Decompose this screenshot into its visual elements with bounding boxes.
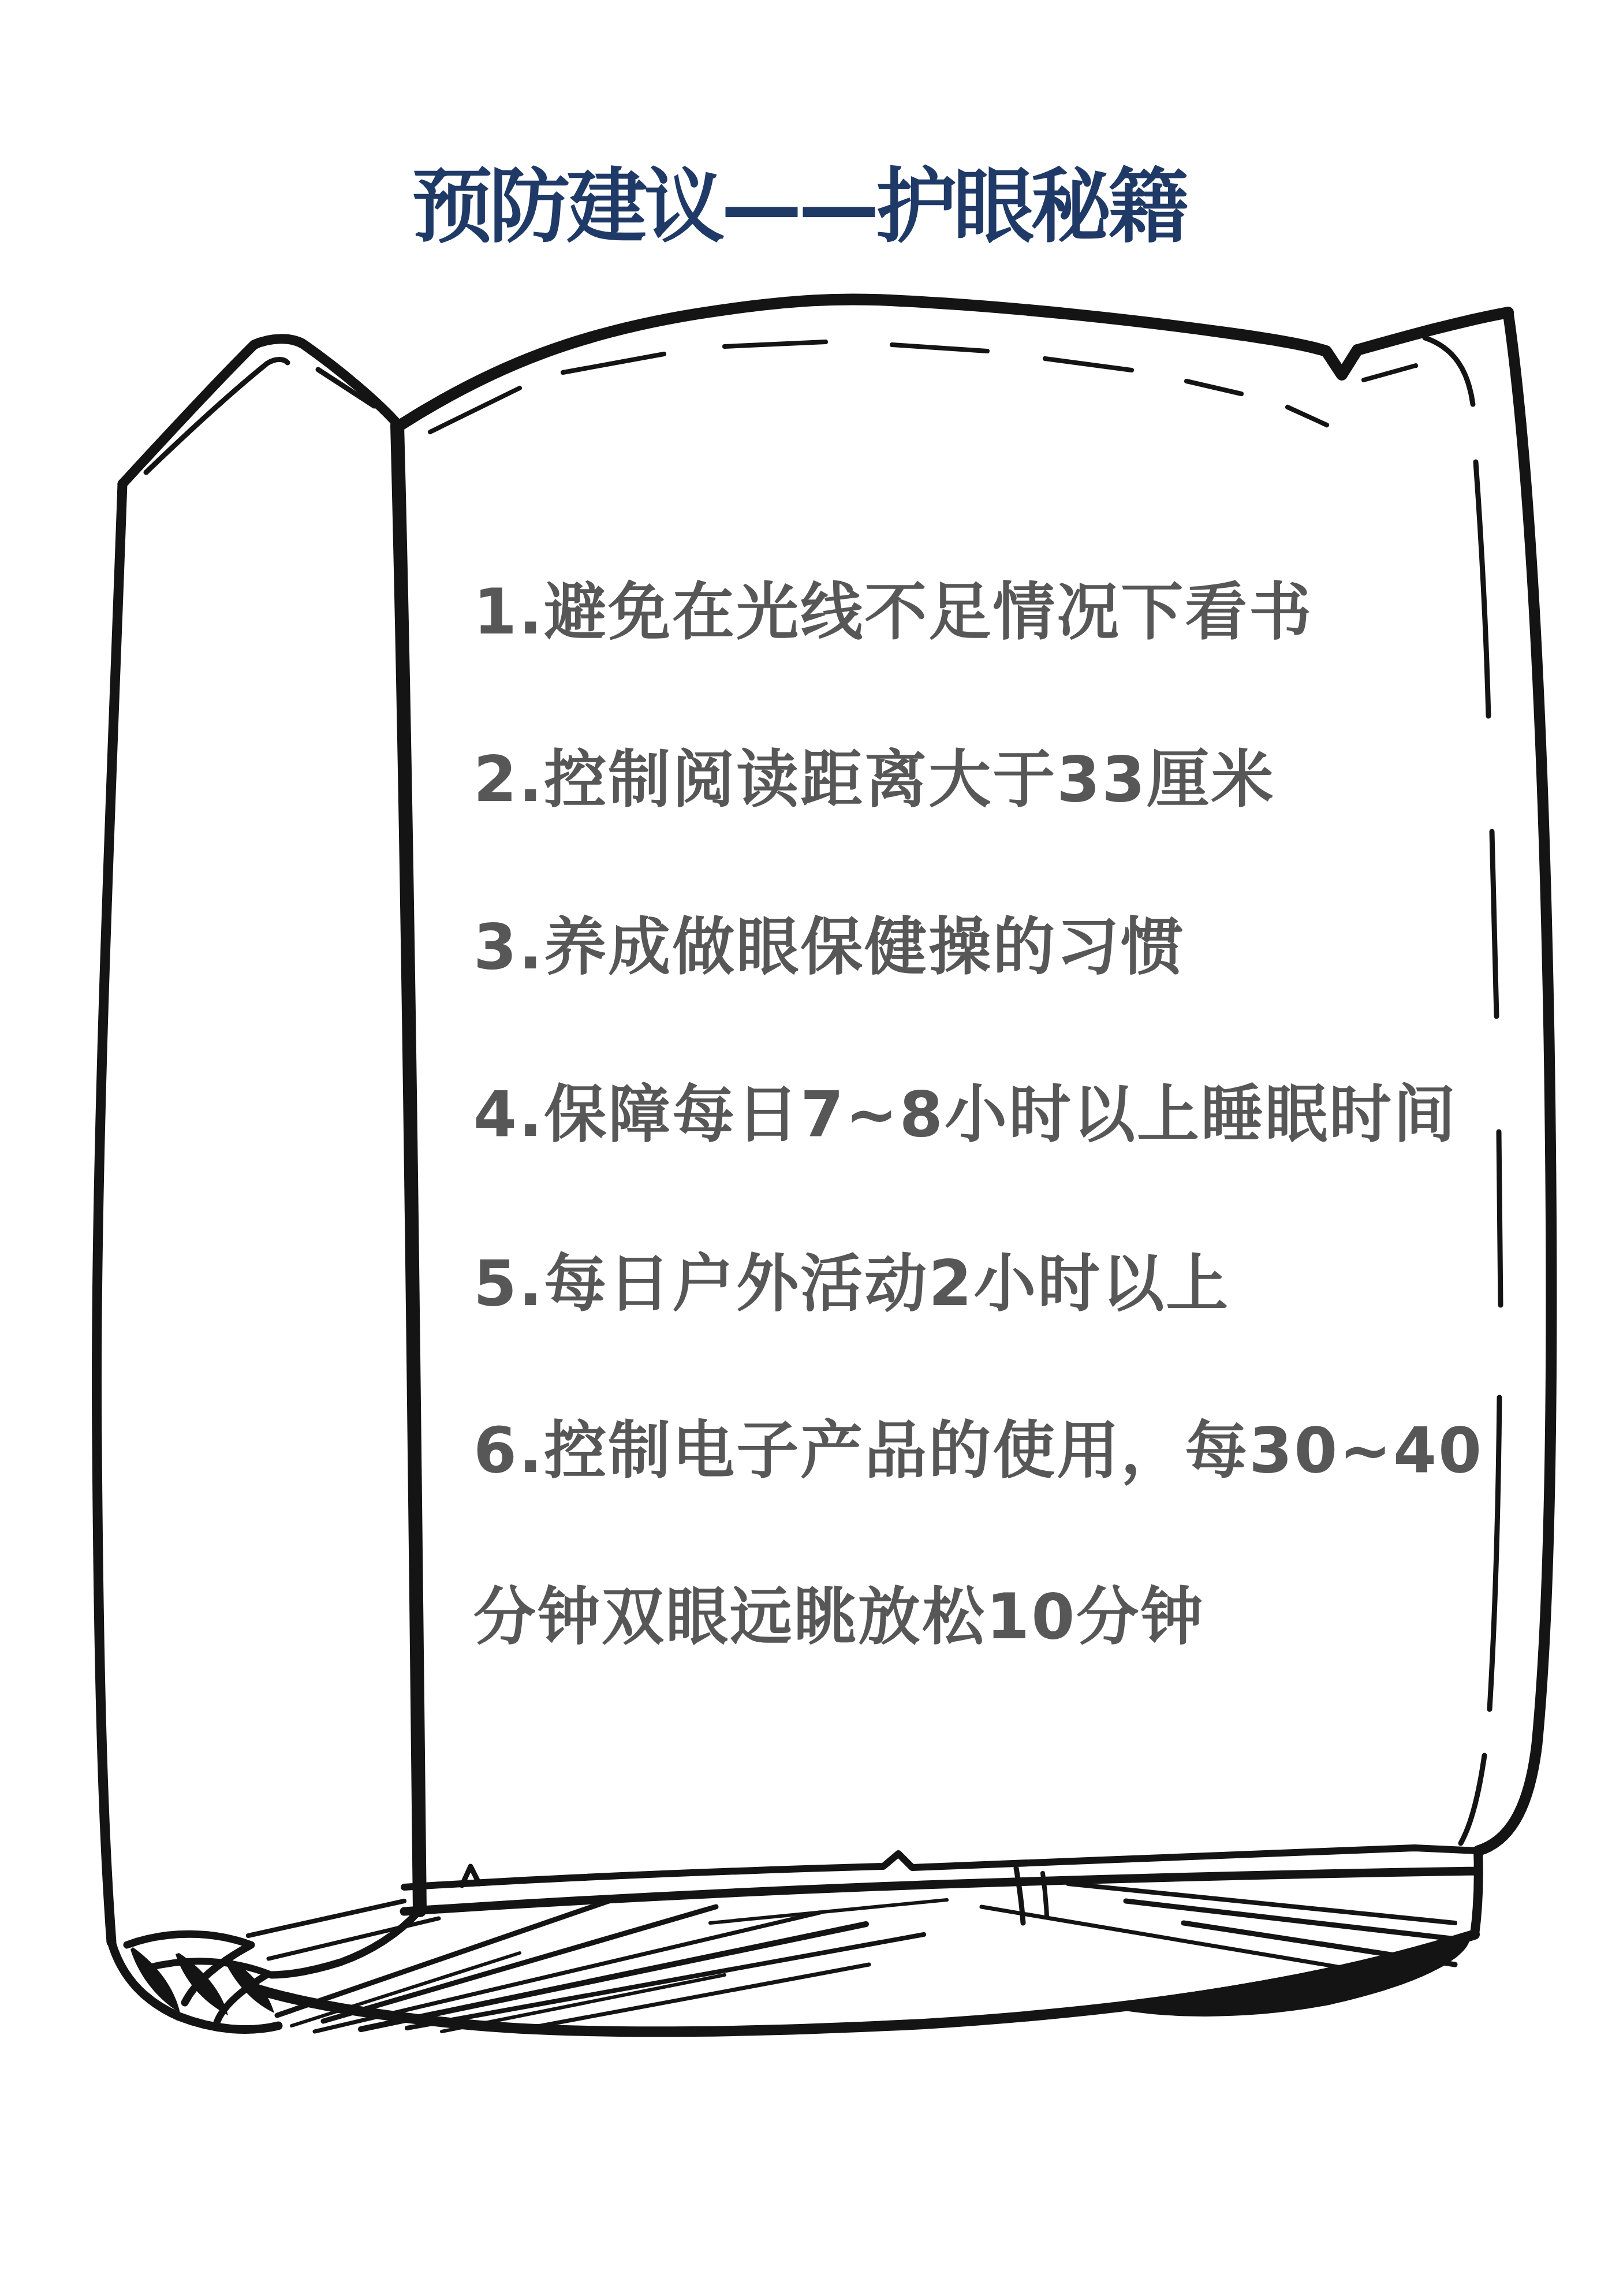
tip-line-5: 5.每日户外活动2小时以上: [473, 1251, 1230, 1318]
tip-line-2: 2.控制阅读距离大于33厘米: [473, 747, 1275, 814]
tip-line-6: 6.控制电子产品的使用，每30~40: [473, 1418, 1483, 1485]
eye-care-poster: { "title": { "text": "预防建议——护眼秘籍", "colo…: [0, 0, 1597, 2296]
tip-line-4: 4.保障每日7~8小时以上睡眠时间: [473, 1082, 1457, 1149]
tip-line-1: 1.避免在光线不足情况下看书: [473, 579, 1313, 647]
tip-line-3: 3.养成做眼保健操的习惯: [473, 914, 1185, 982]
tip-list: 1.避免在光线不足情况下看书 2.控制阅读距离大于33厘米 3.养成做眼保健操的…: [0, 0, 1597, 2296]
tip-line-7: 分钟双眼远眺放松10分钟: [473, 1584, 1204, 1652]
